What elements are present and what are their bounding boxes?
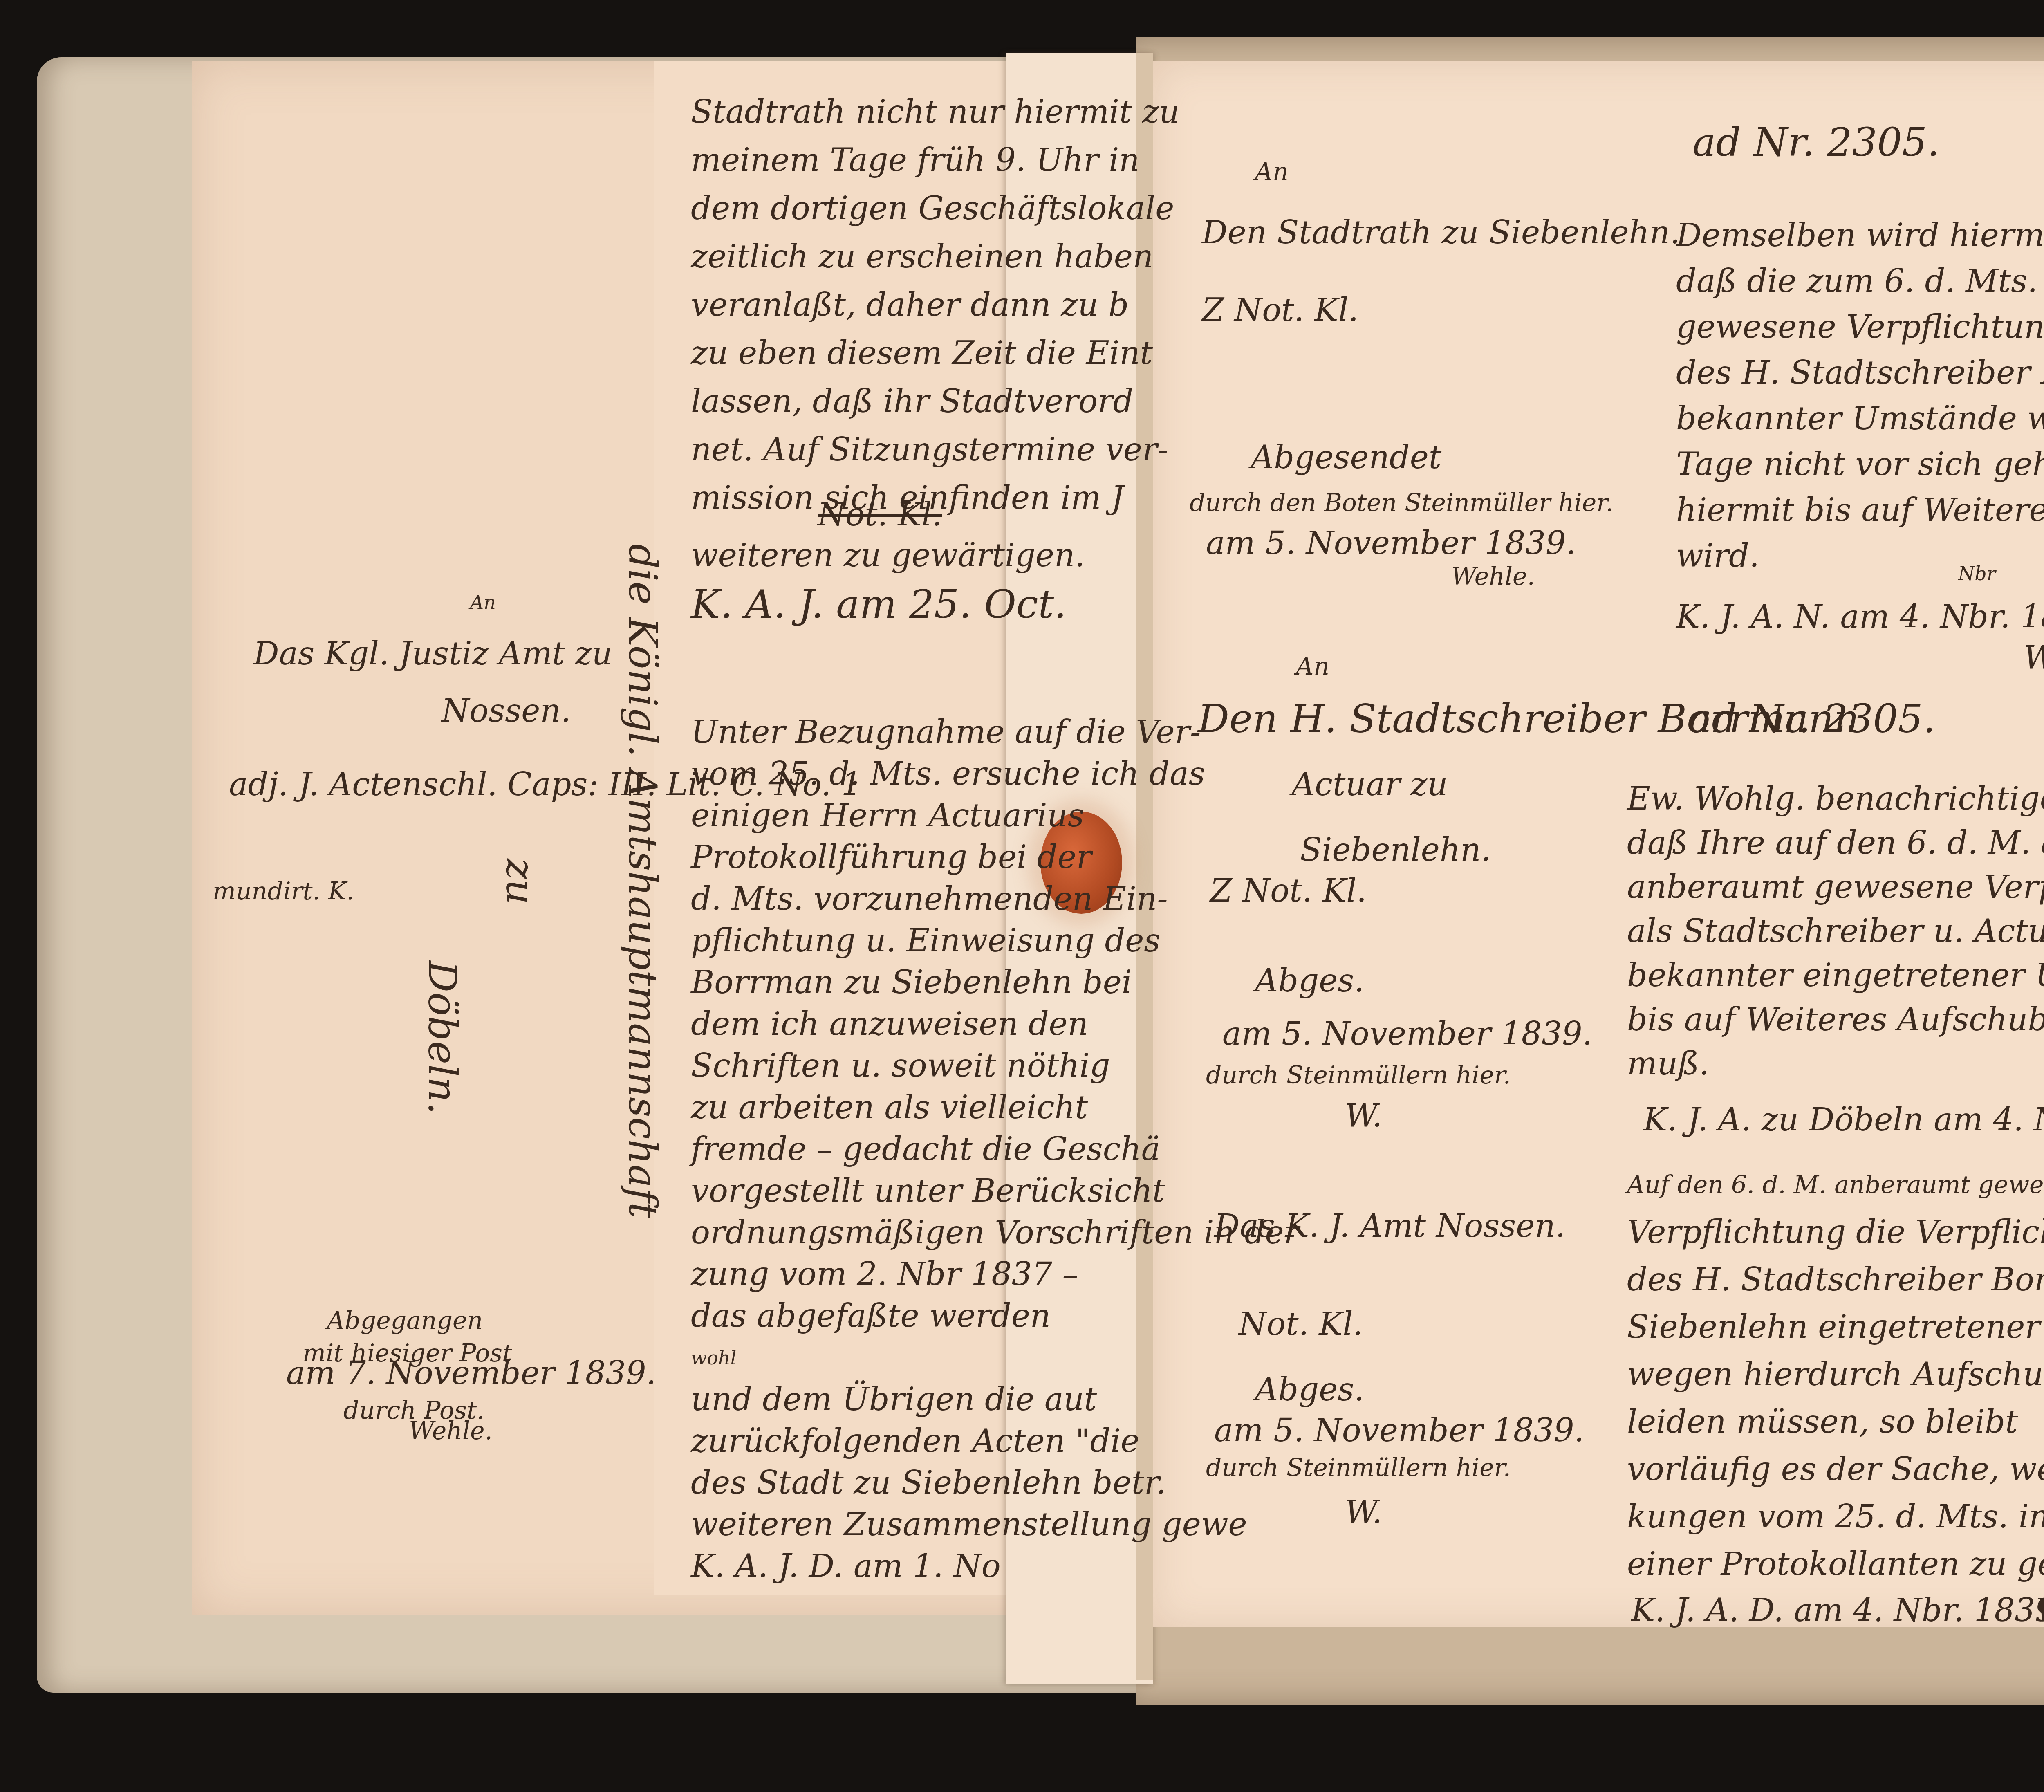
left-column-2: Unter Bezugnahme auf die Ver- vom 25. d.… (691, 711, 1299, 1587)
left-col1-after: weiteren zu gewärtigen. (691, 540, 1085, 572)
left-col1-line: lassen, daß ihr Stadtverord (691, 377, 1180, 426)
entry-2-line: bekannter eingetretener Umstände halber (1627, 953, 2044, 998)
entry-3-line: Siebenlehn eingetretener Umstände (1627, 1303, 2044, 1351)
left-col1-line: veranlaßt, daher dann zu b (691, 281, 1180, 329)
left-col1-struck: Not. Kl. (818, 499, 942, 531)
left-col2-line: dem ich anzuweisen den (691, 1003, 1299, 1045)
entry-3-line: Verpflichtung die Verpflichtung u. Einwe… (1627, 1209, 2044, 1256)
dispatch-1-label: Abgesendet (1251, 442, 1441, 473)
entry-1-line: Demselben wird hiermit eröffnet, (1676, 213, 2044, 258)
left-file-reference: adj. J. Actenschl. Caps: III. Lit. C. No… (229, 769, 862, 801)
dispatch-1-via: durch den Boten Steinmüller hier. (1190, 491, 1613, 515)
left-col2-line: des Stadt zu Siebenlehn betr. (691, 1462, 1299, 1504)
entry-2-line: muß. (1627, 1042, 2044, 1086)
left-col1-closing: K. A. J. am 25. Oct. (691, 585, 1067, 624)
entry-2-closing: K. J. A. zu Döbeln am 4. Nbr. 39. (1643, 1104, 2044, 1136)
left-col1-line: Stadtrath nicht nur hiermit zu (691, 88, 1180, 136)
entry-1-body: Demselben wird hiermit eröffnet, daß die… (1676, 213, 2044, 579)
dispatch-3-initials: W. (1345, 1496, 1382, 1528)
entry-3-line: kungen vom 25. d. Mts. in Erfüllung (1627, 1493, 2044, 1541)
entry-2-heading: ad Nr. 2305. (1688, 699, 1935, 738)
dispatch-1-signature: Wehle. (1451, 564, 1535, 589)
left-col2-line: K. A. J. D. am 1. No (691, 1545, 1299, 1587)
left-column-1: Stadtrath nicht nur hiermit zu meinem Ta… (691, 88, 1180, 522)
vertical-address-3: Döbeln. (423, 961, 462, 1115)
left-col2-line: zurückfolgenden Acten "die (691, 1420, 1299, 1462)
address-1-ref: Z Not. Kl. (1202, 294, 1358, 326)
entry-1-line: hiermit bis auf Weiteres verschoben (1676, 487, 2044, 533)
left-col2-line: fremde – gedacht die Geschä (691, 1128, 1299, 1170)
entry-1-line: des H. Stadtschreiber Borrmann, wegen (1676, 350, 2044, 396)
vertical-address-2: zu (500, 859, 540, 904)
dispatch-2-initials: W. (1345, 1100, 1382, 1132)
left-col2-line: und dem Übrigen die aut (691, 1379, 1299, 1420)
entry-3-line: leiden müssen, so bleibt (1627, 1398, 2044, 1446)
entry-3-initials: W. (2036, 1595, 2044, 1626)
left-col2-line: zung vom 2. Nbr 1837 – (691, 1254, 1299, 1295)
left-col2-line: zu arbeiten als vielleicht (691, 1087, 1299, 1128)
left-col2-insertion: wohl (691, 1337, 1299, 1379)
left-dispatch-label: Abgegangen (327, 1308, 483, 1333)
left-col1-line: zeitlich zu erscheinen haben (691, 233, 1180, 281)
entry-1-initials: W. (2024, 642, 2044, 674)
left-col1-line: net. Auf Sitzungstermine ver- (691, 426, 1180, 474)
entry-1-line: daß die zum 6. d. Mts. anberaumt (1676, 258, 2044, 304)
dispatch-1-date: am 5. November 1839. (1206, 527, 1576, 559)
left-col1-line: dem dortigen Geschäftslokale (691, 184, 1180, 233)
left-col2-line: weiteren Zusammenstellung gewe (691, 1504, 1299, 1545)
entry-1-line: bekannter Umstände wegen an gemeldetem (1676, 396, 2044, 442)
left-dispatch-signature: Wehle. (409, 1419, 493, 1443)
entry-3-line: des H. Stadtschreiber Borrmann in (1627, 1256, 2044, 1303)
entry-1-correction: Nbr (1958, 564, 1996, 583)
entry-3-line: einer Protokollanten zu gedachten Acten. (1627, 1541, 2044, 1588)
entry-3-closing: K. J. A. D. am 4. Nbr. 1839. (1631, 1595, 2044, 1626)
left-col2-line: Protokollführung bei der (691, 837, 1299, 878)
left-col2-line: vorgestellt unter Berücksicht (691, 1170, 1299, 1212)
left-address-place: Nossen. (442, 695, 571, 727)
entry-1-line: Tage nicht vor sich gehen, vielmehr (1676, 442, 2044, 487)
entry-1-line: gewesene Verpflichtung u. Einweisung (1676, 304, 2044, 350)
address-1-recipient: Den Stadtrath zu Siebenlehn. (1202, 217, 1680, 249)
entry-3-line: Auf den 6. d. M. anberaumt gewesene (1627, 1161, 2044, 1209)
left-col1-line: meinem Tage früh 9. Uhr in (691, 136, 1180, 184)
left-address-recipient: Das Kgl. Justiz Amt zu (253, 638, 612, 670)
left-col2-line: d. Mts. vorzunehmenden Ein- (691, 878, 1299, 920)
entry-2-line: bis auf Weiteres Aufschub erleiden (1627, 998, 2044, 1042)
entry-2-line: als Stadtschreiber u. Actuar in Siebenle… (1627, 909, 2044, 953)
left-col2-line: pflichtung u. Einweisung des (691, 920, 1299, 962)
left-dispatch-date: am 7. November 1839. (286, 1357, 656, 1389)
left-col2-line: das abgefaßte werden (691, 1295, 1299, 1337)
left-col2-line: ordnungsmäßigen Vorschriften in der (691, 1212, 1299, 1254)
address-2-to: An (1296, 654, 1329, 679)
left-col1-line: zu eben diesem Zeit die Eint (691, 329, 1180, 377)
vertical-address-1: die Königl. Amtshauptmannschaft (623, 544, 662, 1218)
address-2-title: Actuar zu (1292, 769, 1448, 801)
address-2-place: Siebenlehn. (1300, 834, 1491, 866)
left-note: mundirt. K. (213, 879, 354, 904)
address-1-to: An (1255, 159, 1289, 184)
left-col2-line: Borrman zu Siebenlehn bei (691, 962, 1299, 1003)
entry-2-body: Ew. Wohlg. benachrichtige andurch, daß I… (1627, 777, 2044, 1086)
entry-2-line: anberaumt gewesene Verpflichtung (1627, 865, 2044, 909)
left-address-to: An (470, 593, 496, 612)
entry-1-closing: K. J. A. N. am 4. Nbr. 1839. (1676, 601, 2044, 633)
entry-3-line: wegen hierdurch Aufschub hat er- (1627, 1351, 2044, 1398)
entry-2-line: daß Ihre auf den 6. d. M. an (1627, 821, 2044, 865)
entry-3-body: Auf den 6. d. M. anberaumt gewesene Verp… (1627, 1161, 2044, 1588)
entry-3-line: vorläufig es der Sache, wenn meine Bemer… (1627, 1446, 2044, 1493)
entry-1-heading: ad Nr. 2305. (1692, 123, 1939, 162)
left-col2-line: Schriften u. soweit nöthig (691, 1045, 1299, 1087)
entry-2-line: Ew. Wohlg. benachrichtige andurch, (1627, 777, 2044, 821)
left-col2-line: Unter Bezugnahme auf die Ver- (691, 711, 1299, 753)
